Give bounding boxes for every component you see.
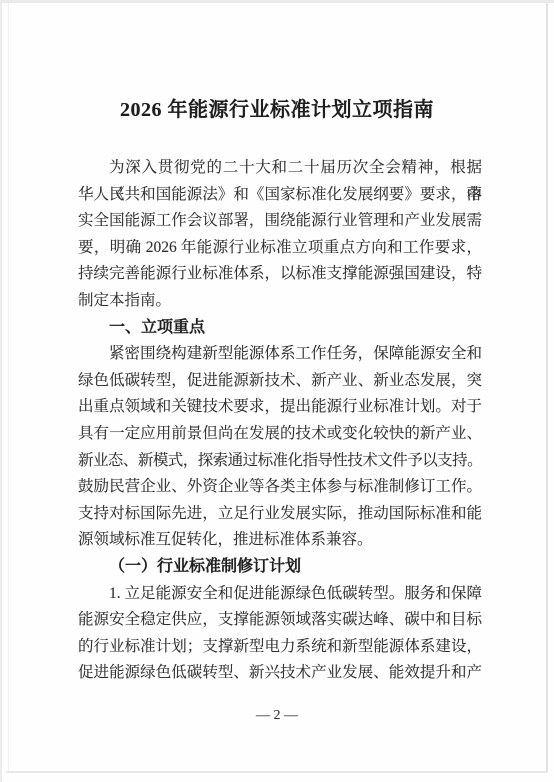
text-line: 紧密围绕构建新型能源体系工作任务，保障能源安全和 [78, 341, 482, 368]
text-line: 源领域标准互促转化，推进标准体系兼容。 [78, 527, 482, 554]
document-title: 2026 年能源行业标准计划立项指南 [0, 96, 554, 124]
text-line: 1. 立足能源安全和促进能源绿色低碳转型。服务和保障 [78, 581, 482, 608]
text-line: 制定本指南。 [78, 288, 482, 315]
text-line: 实全国能源工作会议部署，围绕能源行业管理和产业发展需 [78, 208, 482, 235]
text-line: 绿色低碳转型，促进能源新技术、新产业、新业态发展，突 [78, 368, 482, 395]
text-line: 新业态、新模式，探索通过标准化指导性技术文件予以支持。 [78, 448, 482, 475]
subsection-heading: （一）行业标准制修订计划 [78, 554, 482, 581]
text-line: 的行业标准计划；支撑新型电力系统和新型能源体系建设， [78, 634, 482, 661]
text-line: 华人民共和国能源法》和《国家标准化发展纲要》要求，落 [78, 182, 482, 209]
document-body: 为深入贯彻党的二十大和二十届历次全会精神，根据《中 华人民共和国能源法》和《国家… [78, 155, 482, 687]
text-line: 具有一定应用前景但尚在发展的技术或变化较快的新产业、 [78, 421, 482, 448]
text-line: 持续完善能源行业标准体系，以标准支撑能源强国建设，特 [78, 261, 482, 288]
text-line: 支持对标国际先进，立足行业发展实际，推动国际标准和能 [78, 501, 482, 528]
page-number: — 2 — [0, 703, 554, 729]
text-line: 为深入贯彻党的二十大和二十届历次全会精神，根据《中 [78, 155, 482, 182]
text-line: 鼓励民营企业、外资企业等各类主体参与标准制修订工作。 [78, 474, 482, 501]
text-line: 出重点领域和关键技术要求，提出能源行业标准计划。对于 [78, 394, 482, 421]
document-page: 2026 年能源行业标准计划立项指南 为深入贯彻党的二十大和二十届历次全会精神，… [0, 0, 554, 782]
text-line: 要，明确 2026 年能源行业标准立项重点方向和工作要求， [78, 235, 482, 262]
page-edge-bottom [6, 771, 548, 773]
text-line: 促进能源绿色低碳转型、新兴技术产业发展、能效提升和产 [78, 660, 482, 687]
page-edge-top [0, 0, 554, 3]
section-heading: 一、立项重点 [78, 315, 482, 342]
text-line: 能源安全稳定供应，支撑能源领域落实碳达峰、碳中和目标 [78, 607, 482, 634]
